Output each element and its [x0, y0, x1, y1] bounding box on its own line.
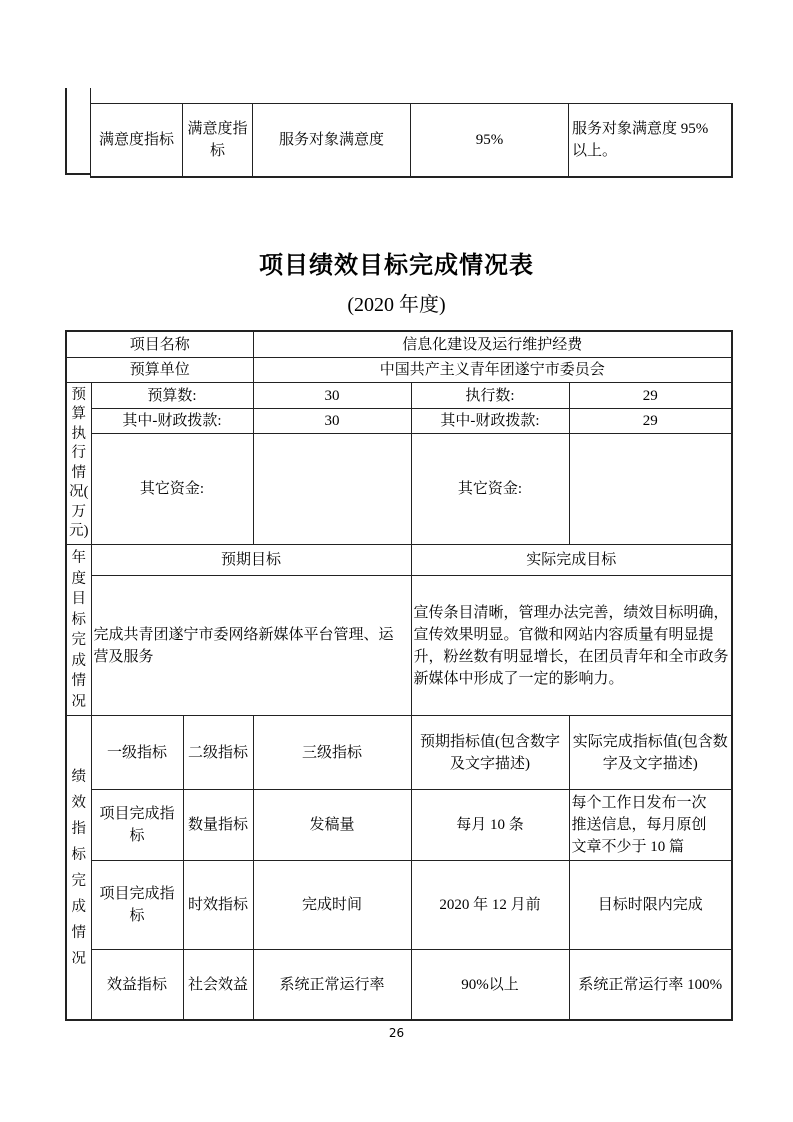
cell-level3: 发稿量	[253, 790, 411, 861]
table-row: 满意度指标 满意度指标 服务对象满意度 95% 服务对象满意度 95%以上。	[91, 104, 732, 178]
cell-fiscal-value2: 29	[569, 409, 732, 434]
cell-budget-unit-label: 预算单位	[66, 358, 253, 383]
table-row-benefit-indicator: 效益指标 社会效益 系统正常运行率 90%以上 系统正常运行率 100%	[66, 950, 732, 1021]
carryover-side-stub	[65, 88, 91, 175]
table-row-project-name: 项目名称 信息化建设及运行维护经费	[66, 331, 732, 358]
header-actual-value: 实际完成指标值(包含数字及文字描述)	[569, 716, 732, 790]
carryover-table: 满意度指标 满意度指标 服务对象满意度 95% 服务对象满意度 95%以上。	[65, 88, 733, 175]
table-row-fiscal-allocation: 其中-财政拨款: 30 其中-财政拨款: 29	[66, 409, 732, 434]
cell-level2: 时效指标	[183, 861, 253, 950]
table-row-other-funds: 其它资金: 其它资金:	[66, 434, 732, 545]
cell-project-name-label: 项目名称	[66, 331, 253, 358]
cell-actual-value: 服务对象满意度 95%以上。	[569, 104, 732, 178]
table-row-goal-headers: 年度目标完成情况 预期目标 实际完成目标	[66, 545, 732, 576]
cell-actual-goal-header: 实际完成目标	[411, 545, 732, 576]
cell-level2: 数量指标	[183, 790, 253, 861]
cell-expected: 90%以上	[411, 950, 569, 1021]
header-level3-indicator: 三级指标	[253, 716, 411, 790]
table-row-timeliness-indicator: 项目完成指标 时效指标 完成时间 2020 年 12 月前 目标时限内完成	[66, 861, 732, 950]
cell-fiscal-label: 其中-财政拨款:	[91, 409, 253, 434]
cell-level2-indicator: 满意度指标	[183, 104, 253, 178]
cell-budget-unit-value: 中国共产主义青年团遂宁市委员会	[253, 358, 732, 383]
table-row-budget-unit: 预算单位 中国共产主义青年团遂宁市委员会	[66, 358, 732, 383]
cell-execution-value: 29	[569, 383, 732, 409]
cell-fiscal-value: 30	[253, 409, 411, 434]
cell-level3: 系统正常运行率	[253, 950, 411, 1021]
cell-actual-goal-text: 宣传条目清晰，管理办法完善，绩效目标明确，宣传效果明显。官微和网站内容质量有明显…	[411, 576, 732, 716]
performance-table: 项目名称 信息化建设及运行维护经费 预算单位 中国共产主义青年团遂宁市委员会 预…	[65, 330, 733, 1021]
cell-level1: 项目完成指标	[91, 861, 183, 950]
page-number: 26	[0, 1026, 793, 1040]
side-label-indicator-completion: 绩效指标完成情况	[66, 716, 91, 1021]
page-title: 项目绩效目标完成情况表	[0, 249, 793, 283]
carryover-indicator-row-table: 满意度指标 满意度指标 服务对象满意度 95% 服务对象满意度 95%以上。	[90, 103, 733, 178]
cell-budget-label: 预算数:	[91, 383, 253, 409]
cell-level3-indicator: 服务对象满意度	[253, 104, 411, 178]
cell-level2: 社会效益	[183, 950, 253, 1021]
cell-expected-goal-header: 预期目标	[91, 545, 411, 576]
cell-level1: 效益指标	[91, 950, 183, 1021]
cell-expected-value: 95%	[411, 104, 569, 178]
document-page: { "colors": { "border": "#222222", "text…	[0, 0, 793, 1122]
cell-level1-indicator: 满意度指标	[91, 104, 183, 178]
table-row-goal-content: 完成共青团遂宁市委网络新媒体平台管理、运营及服务 宣传条目清晰，管理办法完善，绩…	[66, 576, 732, 716]
cell-other-funds-value	[253, 434, 411, 545]
header-level2-indicator: 二级指标	[183, 716, 253, 790]
cell-expected: 2020 年 12 月前	[411, 861, 569, 950]
header-expected-value: 预期指标值(包含数字及文字描述)	[411, 716, 569, 790]
cell-level3: 完成时间	[253, 861, 411, 950]
cell-fiscal-label2: 其中-财政拨款:	[411, 409, 569, 434]
cell-actual: 每个工作日发布一次推送信息，每月原创文章不少于 10 篇	[569, 790, 732, 861]
cell-actual: 目标时限内完成	[569, 861, 732, 950]
cell-project-name-value: 信息化建设及运行维护经费	[253, 331, 732, 358]
cell-level1: 项目完成指标	[91, 790, 183, 861]
table-row-indicator-headers: 绩效指标完成情况 一级指标 二级指标 三级指标 预期指标值(包含数字及文字描述)…	[66, 716, 732, 790]
cell-expected: 每月 10 条	[411, 790, 569, 861]
page-subtitle: (2020 年度)	[0, 292, 793, 319]
cell-other-funds-label2: 其它资金:	[411, 434, 569, 545]
header-level1-indicator: 一级指标	[91, 716, 183, 790]
table-row-budget-number: 预算执行情况(万元) 预算数: 30 执行数: 29	[66, 383, 732, 409]
cell-budget-value: 30	[253, 383, 411, 409]
cell-execution-label: 执行数:	[411, 383, 569, 409]
cell-expected-goal-text: 完成共青团遂宁市委网络新媒体平台管理、运营及服务	[91, 576, 411, 716]
cell-actual: 系统正常运行率 100%	[569, 950, 732, 1021]
table-row-quantity-indicator: 项目完成指标 数量指标 发稿量 每月 10 条 每个工作日发布一次推送信息，每月…	[66, 790, 732, 861]
cell-other-funds-value2	[569, 434, 732, 545]
side-label-annual-goal: 年度目标完成情况	[66, 545, 91, 716]
cell-other-funds-label: 其它资金:	[91, 434, 253, 545]
side-label-budget-execution: 预算执行情况(万元)	[66, 383, 91, 545]
